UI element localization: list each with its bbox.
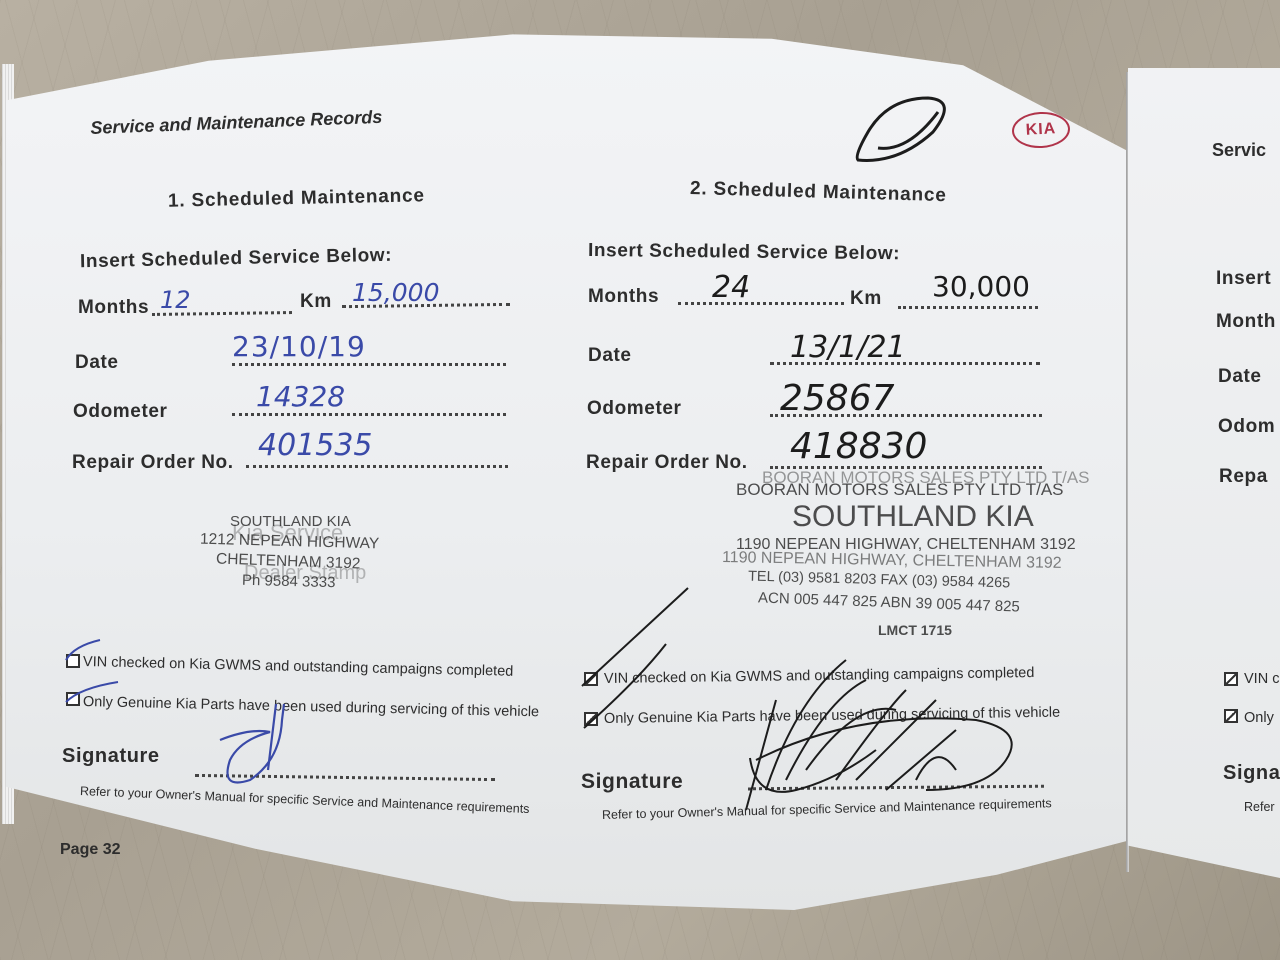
next-page-parts-checkbox[interactable] <box>1224 709 1238 723</box>
record-1-date-label: Date <box>75 352 119 374</box>
next-page-refer-note: Refer <box>1244 800 1275 814</box>
record-1-odometer-value[interactable]: 14328 <box>256 380 345 413</box>
record-1-date-line <box>232 363 506 366</box>
dealer-stamp-2-name: SOUTHLAND KIA <box>792 500 1034 534</box>
record-1-signature[interactable] <box>210 700 300 790</box>
record-1-km-value[interactable]: 15,000 <box>352 278 439 307</box>
next-page-parts-label: Only <box>1244 710 1274 726</box>
next-page-odometer-label: Odom <box>1218 416 1275 438</box>
record-1-signature-label: Signature <box>62 745 160 768</box>
dealer-stamp-name: SOUTHLAND KIA <box>230 513 351 530</box>
next-page-months-label: Month <box>1216 311 1276 333</box>
record-2-date-label: Date <box>588 345 632 367</box>
record-2-months-line <box>678 302 844 305</box>
record-1-odometer-label: Odometer <box>73 401 168 423</box>
record-1-months-value[interactable]: 12 <box>160 286 191 314</box>
record-1-repair-order-value[interactable]: 401535 <box>258 428 373 463</box>
record-1-odometer-line <box>232 413 506 416</box>
record-2-date-value[interactable]: 13/1/21 <box>790 330 906 365</box>
dealer-stamp-2-license: LMCT 1715 <box>878 622 952 638</box>
next-page-vin-label: VIN c <box>1244 671 1279 687</box>
record-2-km-line <box>898 306 1038 309</box>
record-2-repair-order-value[interactable]: 418830 <box>790 426 927 467</box>
next-page-vin-checkbox[interactable] <box>1224 672 1238 686</box>
dealer-stamp-phone: Ph 9584 3333 <box>242 572 336 591</box>
record-2-km-label: Km <box>850 288 882 310</box>
record-2-odometer-label: Odometer <box>587 398 682 420</box>
dealer-stamp-2-company-ghost: BOORAN MOTORS SALES PTY LTD T/AS <box>762 468 1090 488</box>
page-number: Page 32 <box>60 841 120 859</box>
record-1-km-label: Km <box>300 291 332 313</box>
record-1-repair-order-line <box>246 465 508 468</box>
handwritten-circle-mark <box>848 92 958 172</box>
record-2-tick-marks <box>578 584 698 734</box>
record-2-km-value[interactable]: 30,000 <box>932 270 1030 303</box>
record-2-months-value[interactable]: 24 <box>712 270 750 305</box>
record-2-signature[interactable] <box>736 640 1036 820</box>
record-1-date-value[interactable]: 23/10/19 <box>232 330 366 363</box>
record-2-odometer-value[interactable]: 25867 <box>780 378 895 419</box>
record-1-repair-order-label: Repair Order No. <box>72 452 234 474</box>
next-page-repair-label: Repa <box>1219 466 1268 488</box>
record-2-months-label: Months <box>588 286 659 308</box>
next-page-header: Servic <box>1212 140 1266 161</box>
record-1-months-label: Months <box>78 297 149 319</box>
record-2-repair-order-label: Repair Order No. <box>586 452 748 474</box>
record-2-signature-label: Signature <box>581 770 683 794</box>
next-page-signature-label: Signa <box>1223 762 1280 785</box>
record-1-tick-marks <box>60 636 120 716</box>
next-page-insert-label: Insert <box>1216 268 1271 290</box>
record-2-insert-label: Insert Scheduled Service Below: <box>588 240 900 265</box>
next-page-date-label: Date <box>1218 366 1262 388</box>
